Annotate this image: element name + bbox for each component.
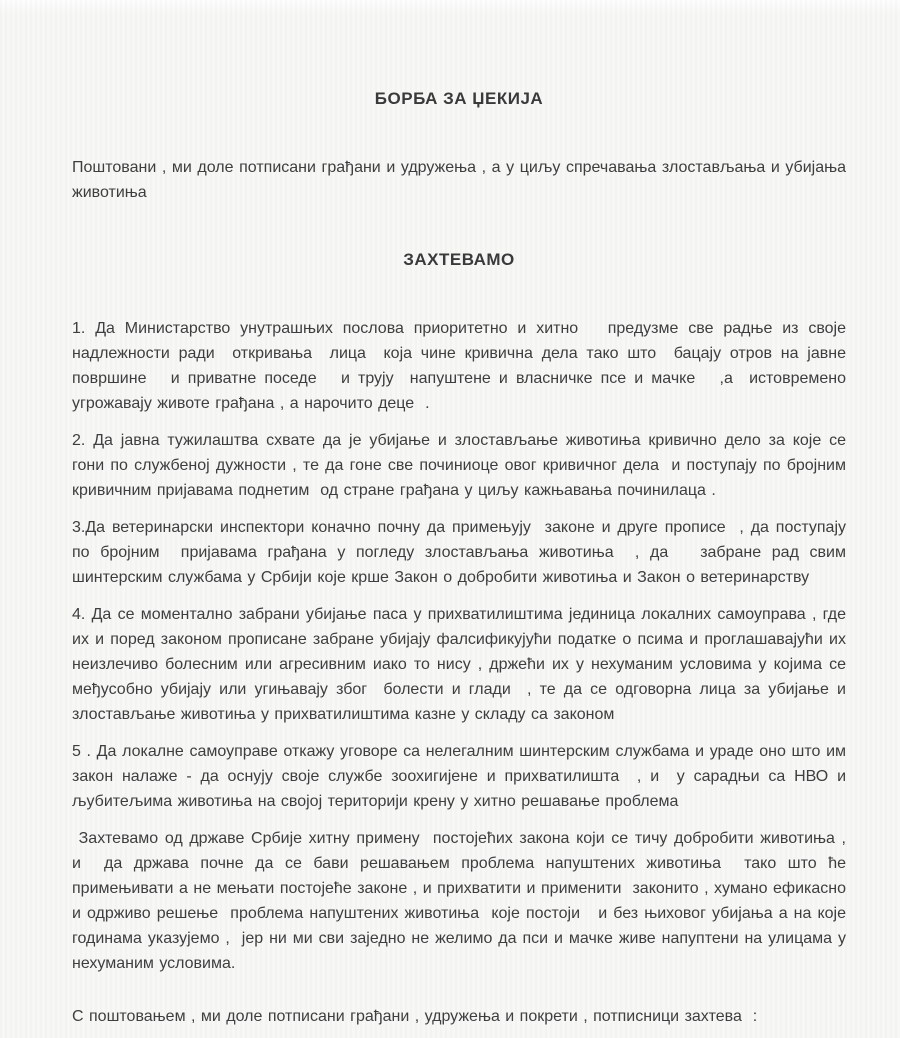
demand-paragraph-1: 1. Да Министарство унутрашњих послова пр…: [72, 316, 846, 416]
petition-document: БОРБА ЗА ЏЕКИЈА Поштовани , ми доле потп…: [0, 0, 900, 1038]
section-heading: ЗАХТЕВАМО: [72, 247, 846, 272]
demand-paragraph-4: 4. Да се моментално забрани убијање паса…: [72, 602, 846, 727]
signature-line: С поштовањем , ми доле потписани грађани…: [72, 1004, 846, 1029]
document-title: БОРБА ЗА ЏЕКИЈА: [72, 86, 846, 111]
closing-paragraph: Захтевамо од државе Србије хитну примену…: [72, 826, 846, 976]
demand-paragraph-5: 5 . Да локалне самоуправе откажу уговоре…: [72, 739, 846, 814]
intro-paragraph: Поштовани , ми доле потписани грађани и …: [72, 155, 846, 205]
demand-paragraph-2: 2. Да јавна тужилаштва схвате да је убиј…: [72, 428, 846, 503]
demand-paragraph-3: 3.Да ветеринарски инспектори коначно поч…: [72, 515, 846, 590]
